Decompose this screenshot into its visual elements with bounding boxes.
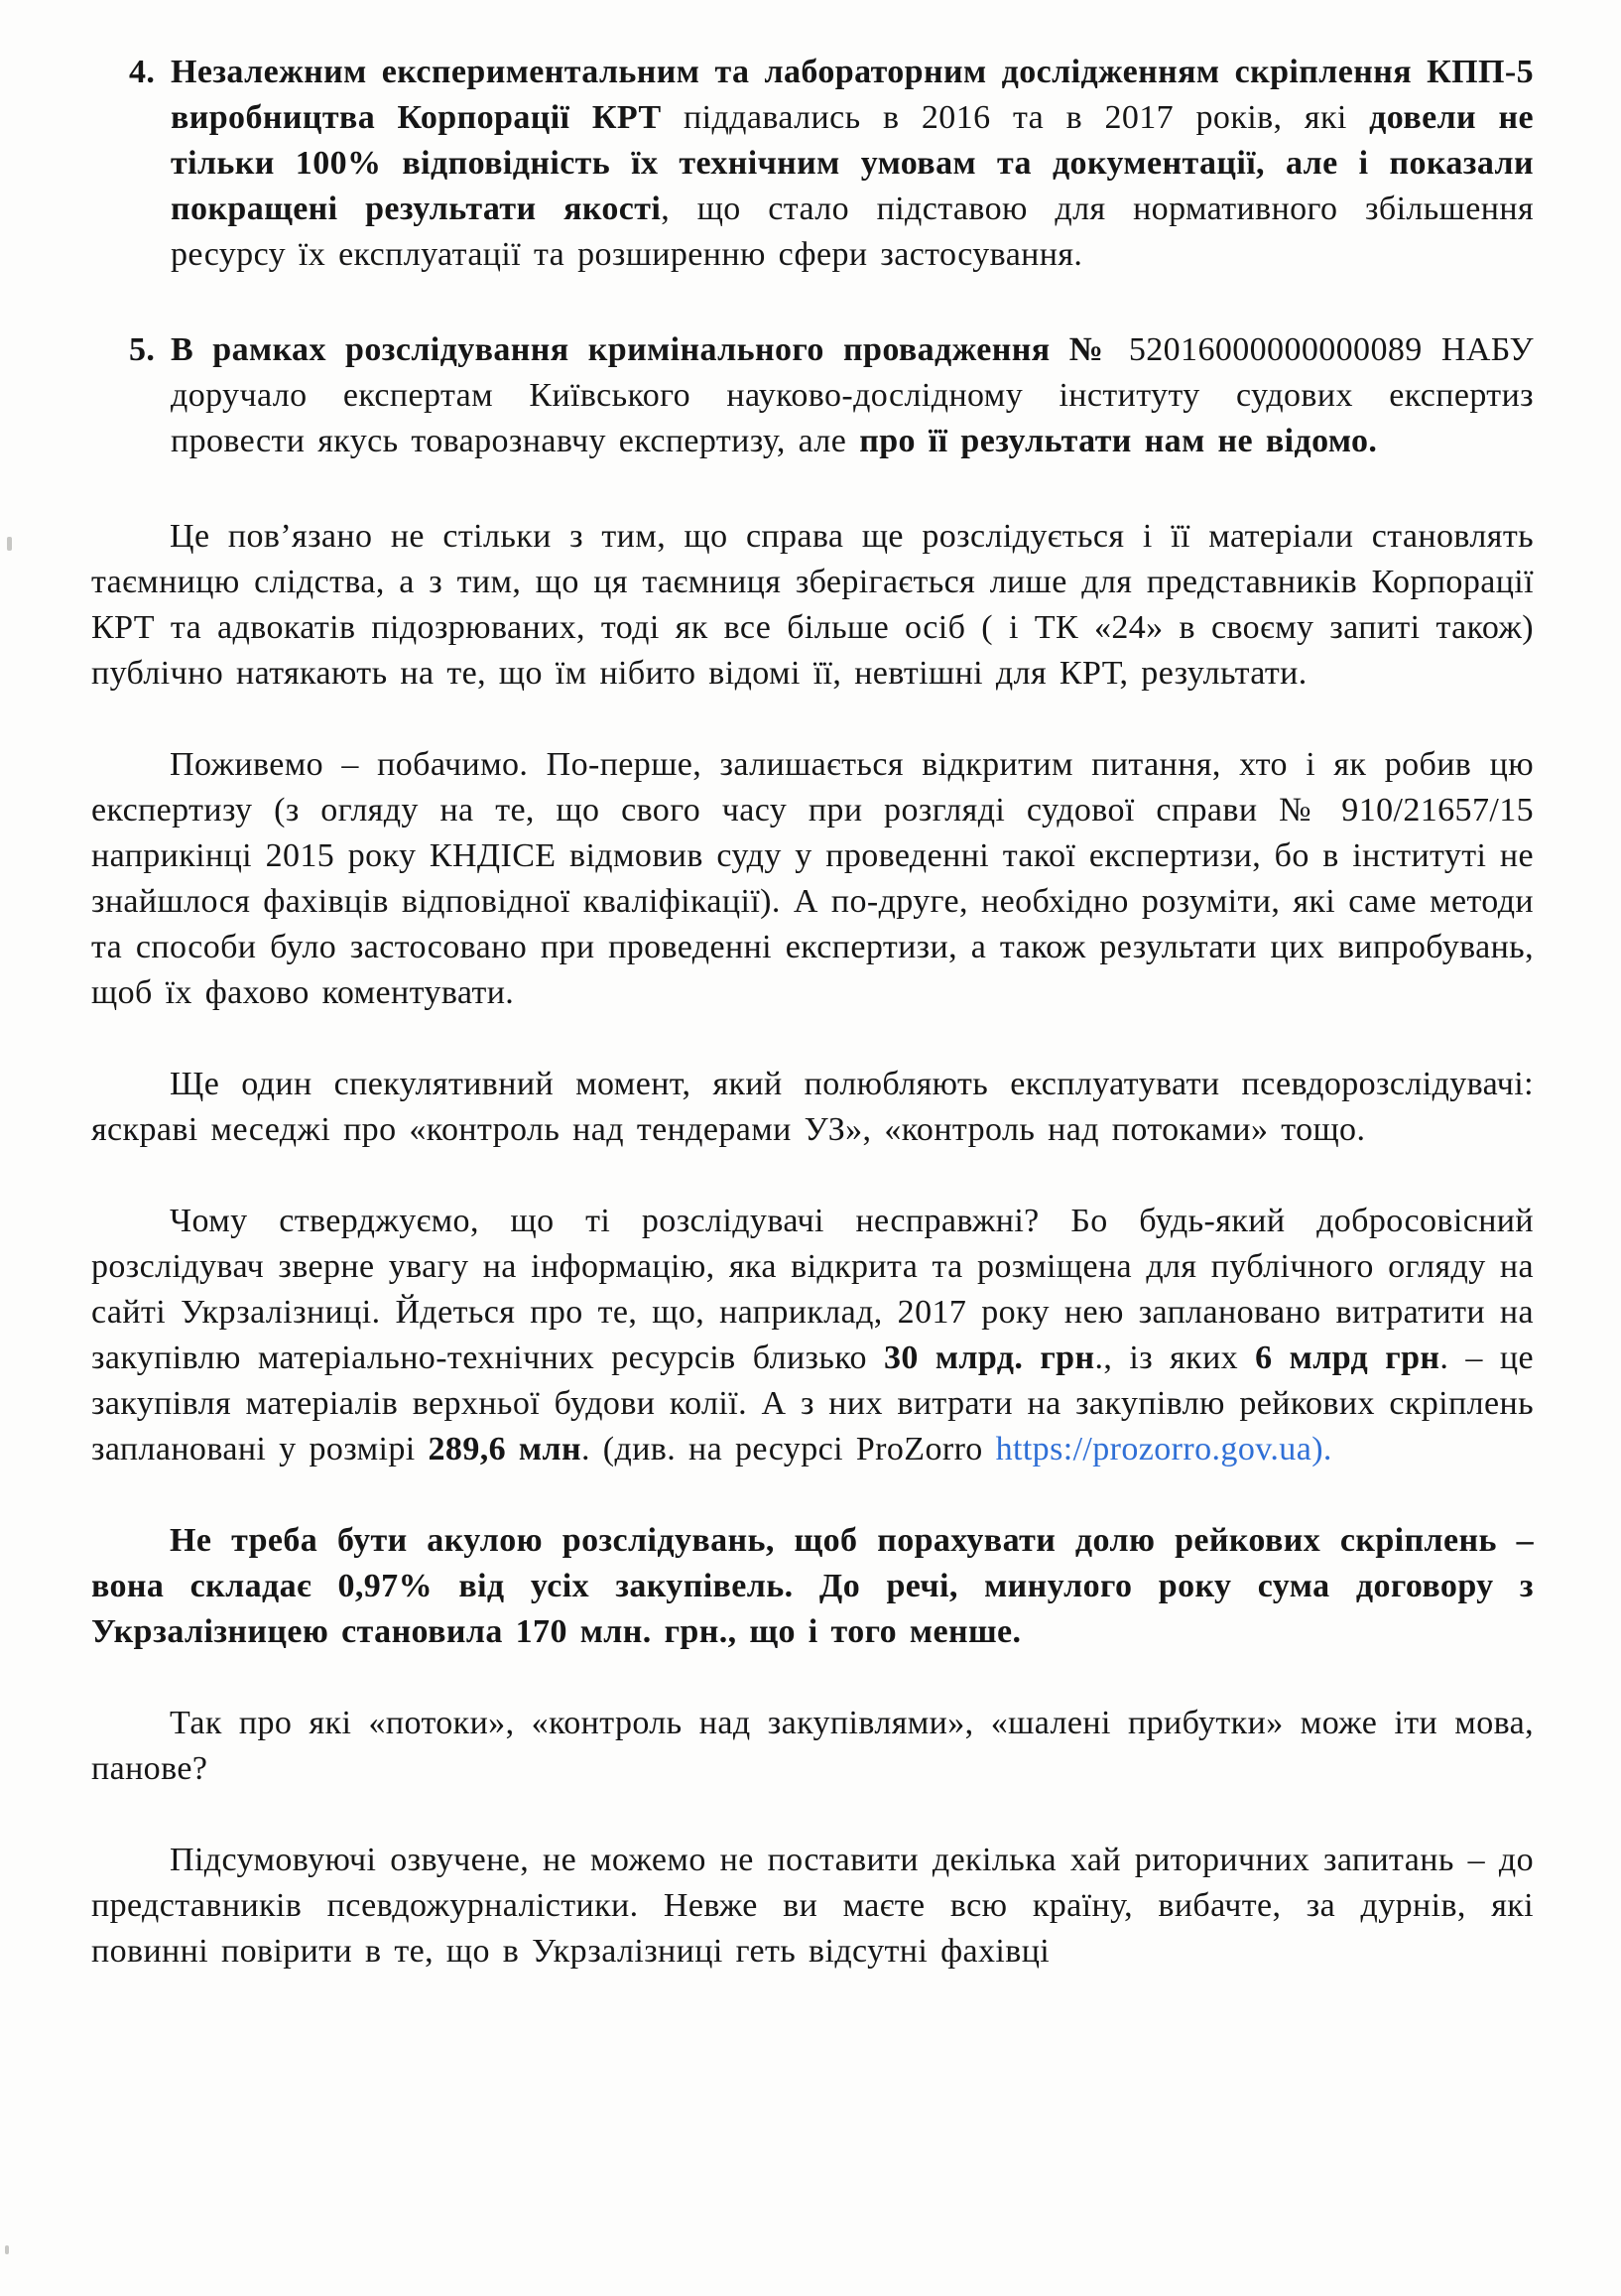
numbered-list: 4.Незалежним експериментальним та лабора… xyxy=(91,50,1534,464)
list-item: 4.Незалежним експериментальним та лабора… xyxy=(91,50,1534,278)
scan-artifact xyxy=(7,537,12,551)
paragraph: Ще один спекулятивний момент, який полюб… xyxy=(91,1062,1534,1153)
list-item-text: Незалежним експериментальним та лаборато… xyxy=(171,50,1534,278)
paragraph: Підсумовуючі озвучене, не можемо не пост… xyxy=(91,1838,1534,1975)
prozorro-link[interactable]: https://prozorro.gov.ua). xyxy=(996,1431,1332,1467)
text-segment: Ще один спекулятивний момент, який полюб… xyxy=(91,1066,1534,1148)
text-segment: . (див. на ресурсі ProZorro xyxy=(581,1431,996,1467)
body-paragraphs: Це пов’язано не стільки з тим, що справа… xyxy=(91,514,1534,1975)
paragraph: Чому стверджуємо, що ті розслідувачі нес… xyxy=(91,1199,1534,1472)
text-segment: Так про які «потоки», «контроль над заку… xyxy=(91,1705,1534,1787)
list-item: 5.В рамках розслідування кримінального п… xyxy=(91,327,1534,464)
list-item-text: В рамках розслідування кримінального про… xyxy=(171,327,1534,464)
list-item-number: 5. xyxy=(129,327,155,373)
document-page: 4.Незалежним експериментальним та лабора… xyxy=(0,0,1621,2296)
text-segment: 289,6 млн xyxy=(429,1431,581,1467)
text-segment: Не треба бути акулою розслідувань, щоб п… xyxy=(91,1522,1534,1650)
text-segment: Це пов’язано не стільки з тим, що справа… xyxy=(91,518,1534,692)
paragraph: Це пов’язано не стільки з тим, що справа… xyxy=(91,514,1534,697)
text-segment: про її результати нам не відомо. xyxy=(859,423,1377,459)
text-segment: ., із яких xyxy=(1094,1339,1255,1376)
text-segment: піддавались в 2016 та в 2017 років, які xyxy=(662,99,1370,136)
scan-artifact xyxy=(5,2245,9,2254)
text-segment: 6 млрд грн xyxy=(1255,1339,1439,1376)
list-item-number: 4. xyxy=(129,50,155,95)
paragraph: Так про які «потоки», «контроль над заку… xyxy=(91,1701,1534,1792)
paragraph: Поживемо – побачимо. По-перше, залишаєть… xyxy=(91,742,1534,1016)
text-segment: Підсумовуючі озвучене, не можемо не пост… xyxy=(91,1842,1534,1970)
text-segment: В рамках розслідування кримінального про… xyxy=(171,331,1110,368)
text-segment: Поживемо – побачимо. По-перше, залишаєть… xyxy=(91,746,1534,1011)
text-segment: 30 млрд. грн xyxy=(884,1339,1095,1376)
paragraph: Не треба бути акулою розслідувань, щоб п… xyxy=(91,1518,1534,1655)
